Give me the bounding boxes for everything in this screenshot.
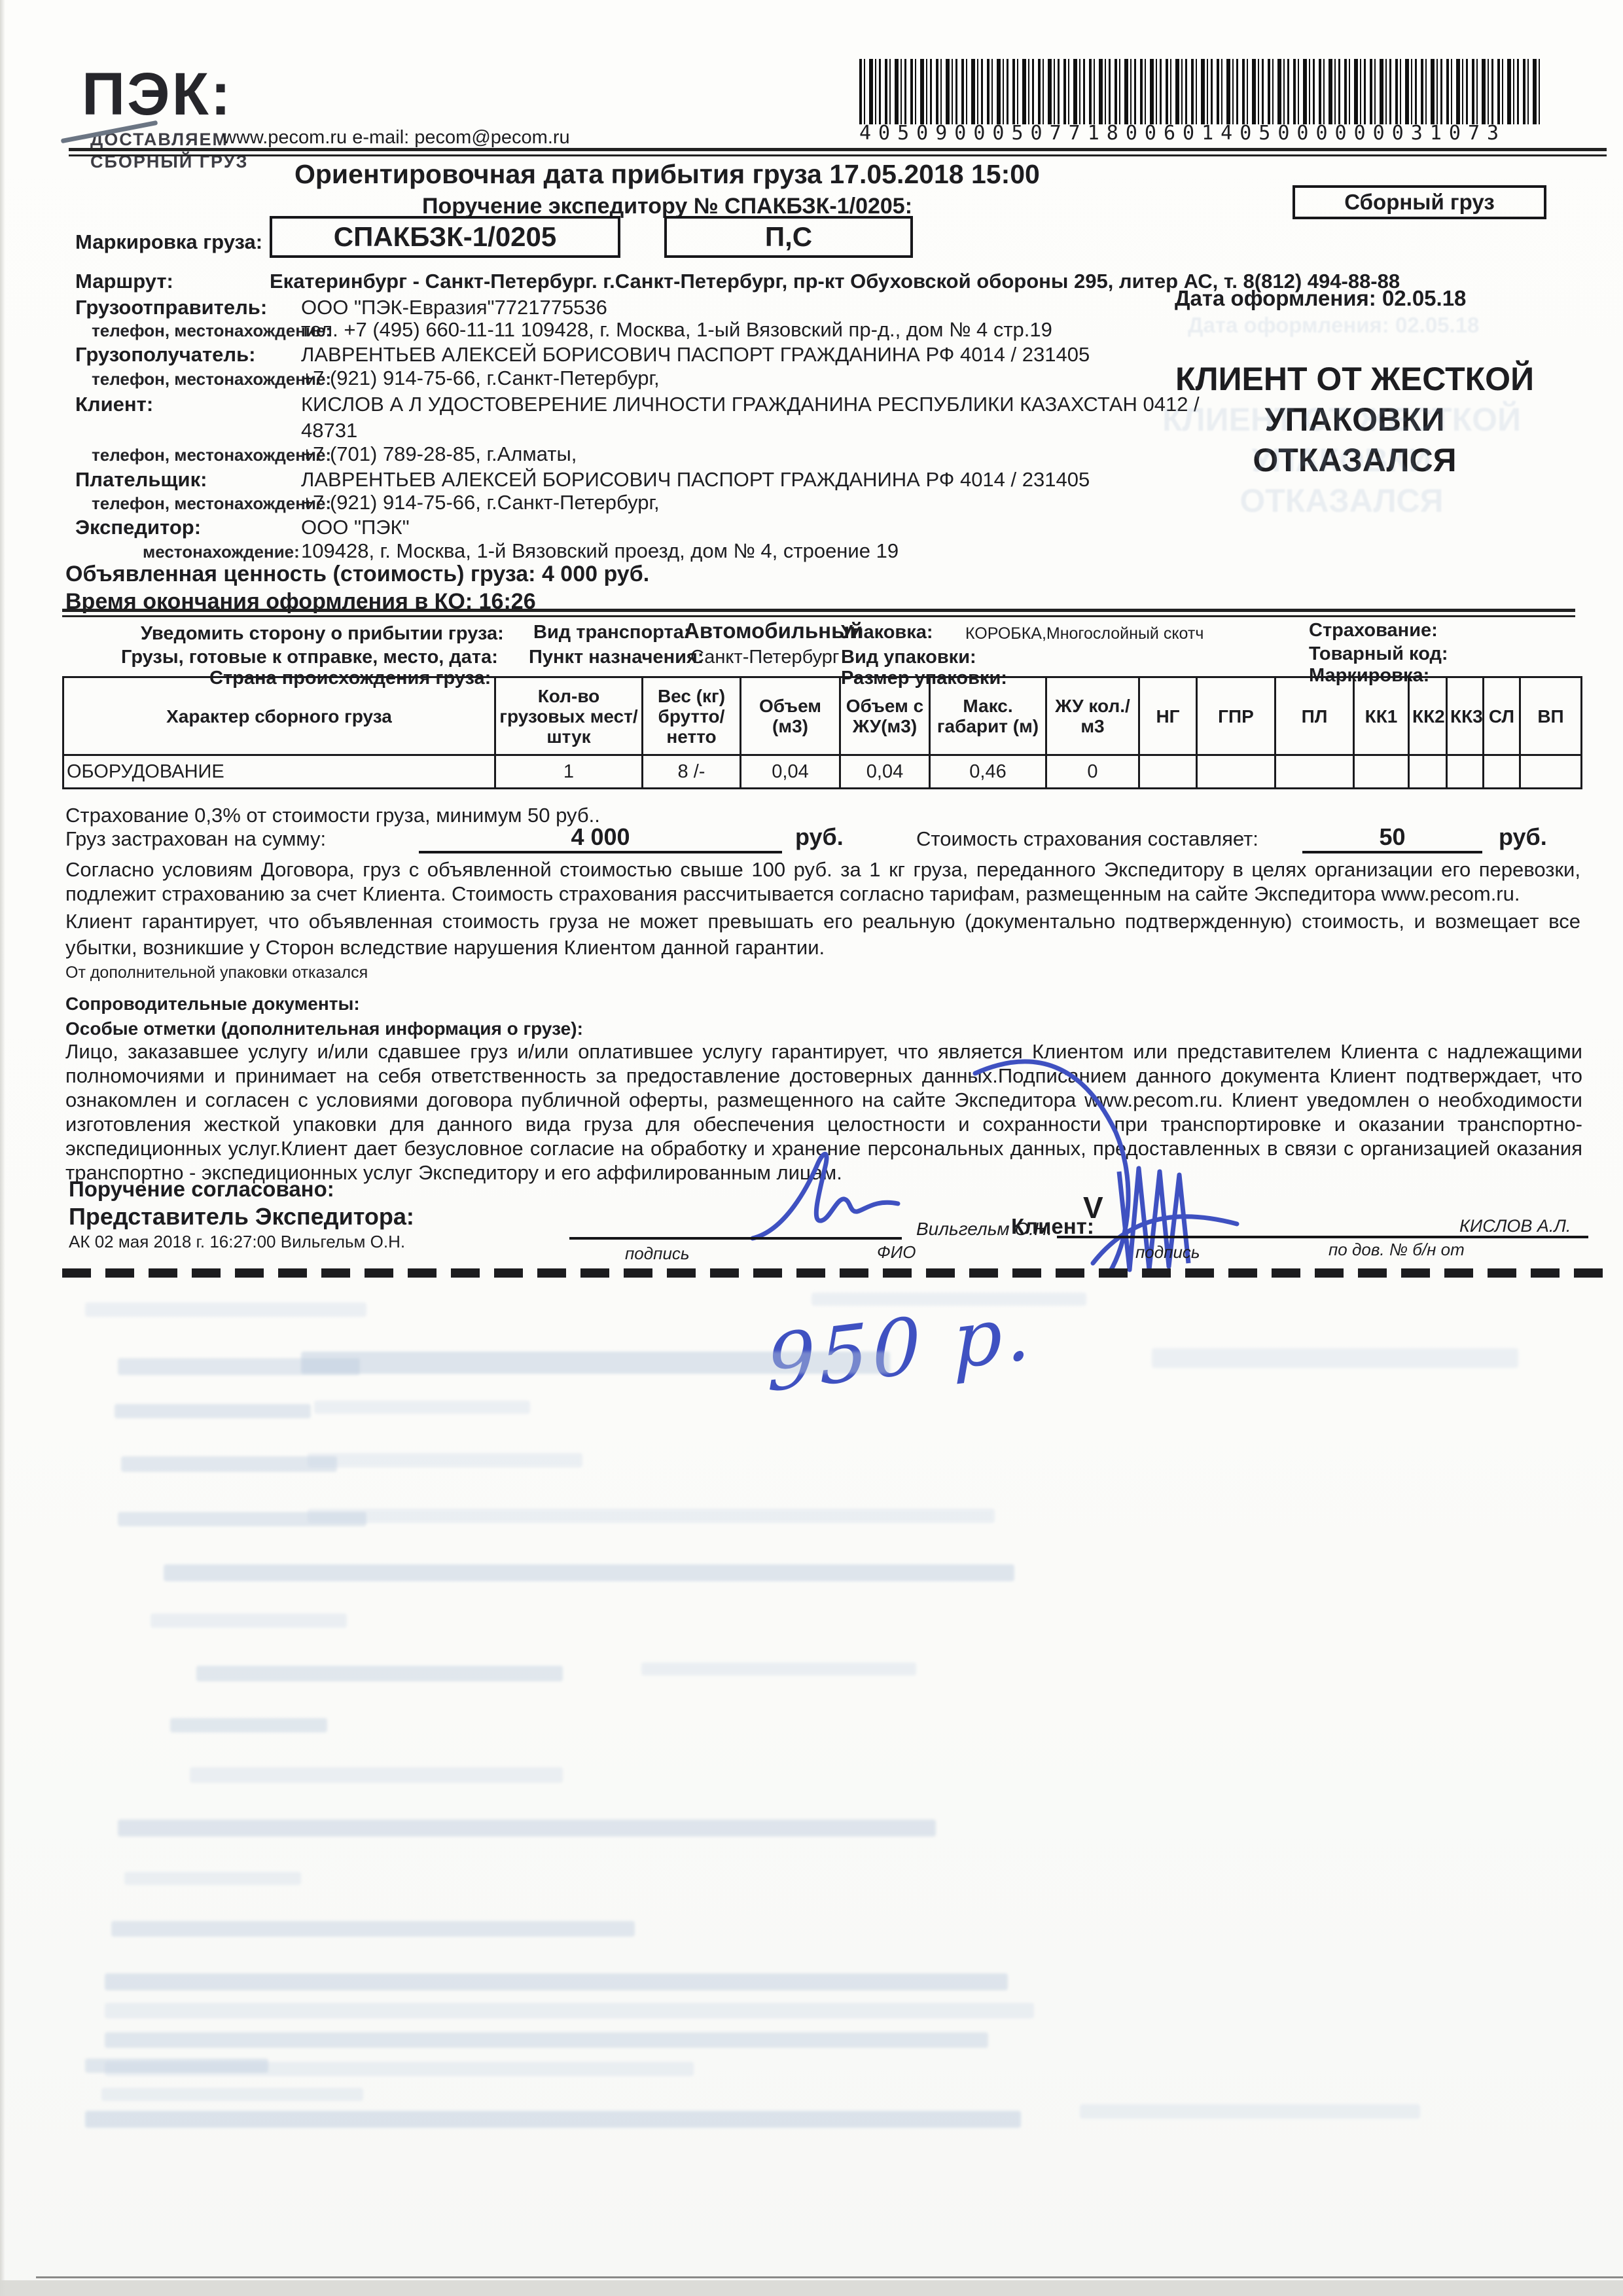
extra-packing-note: От дополнительной упаковки отказался <box>65 963 368 982</box>
transport-label: Вид транспорта: <box>533 622 690 643</box>
col-zhu-qty: ЖУ кол./м3 <box>1046 677 1139 755</box>
cell-weight: 8 /- <box>643 755 741 789</box>
insurance-para1: Согласно условиям Договора, груз с объяв… <box>65 857 1580 906</box>
cell-vp <box>1520 755 1582 789</box>
packing-type-label: Вид упаковки: <box>841 647 976 668</box>
insured-amount-rub: руб. <box>795 823 844 851</box>
cargo-table-header-row: Характер сборного груза Кол-во грузовых … <box>63 677 1582 755</box>
cargo-table: Характер сборного груза Кол-во грузовых … <box>62 676 1582 789</box>
barcode <box>859 59 1541 124</box>
payer-value: ЛАВРЕНТЬЕВ АЛЕКСЕЙ БОРИСОВИЧ ПАСПОРТ ГРА… <box>301 468 1090 492</box>
rep-signature-line <box>569 1237 902 1240</box>
col-kk1: КК1 <box>1354 677 1409 755</box>
payer-phone-value: +7 (921) 914-75-66, г.Санкт-Петербург, <box>301 491 660 514</box>
client-name: КИСЛОВ А.Л. <box>1459 1216 1571 1236</box>
payer-phone-label: телефон, местонахождение: <box>92 493 331 514</box>
client-sign-caption: подпись <box>1135 1242 1200 1263</box>
insurance-cost-underline <box>1302 851 1482 853</box>
shipper-value: ООО "ПЭК-Евразия"7721775536 <box>301 296 607 319</box>
col-volume-zhu: Объем с ЖУ(м3) <box>840 677 930 755</box>
tear-off-dashed-line <box>62 1268 1607 1278</box>
destination-label: Пункт назначения: <box>529 647 704 668</box>
scanned-freight-order-document: ПЭК: ДОСТАВЛЯЕМ СБОРНЫЙ ГРУЗ www.pecom.r… <box>0 0 1623 2296</box>
col-pl: ПЛ <box>1275 677 1354 755</box>
col-max-dim: Макс. габарит (м) <box>930 677 1046 755</box>
pek-logo: ПЭК: <box>82 60 232 129</box>
registration-date-ghost: Дата оформления: 02.05.18 <box>1188 313 1479 338</box>
cell-kk3 <box>1447 755 1484 789</box>
header-divider <box>69 148 1607 156</box>
scan-bottom-margin <box>0 2280 1623 2296</box>
col-weight: Вес (кг) брутто/нетто <box>643 677 741 755</box>
cell-zhu-qty: 0 <box>1046 755 1139 789</box>
consignee-label: Грузополучатель: <box>75 343 255 367</box>
transport-value: Автомобильный <box>684 619 863 643</box>
client-label: Клиент: <box>75 393 153 416</box>
col-sl: СЛ <box>1484 677 1520 755</box>
accompanying-docs-label: Сопроводительные документы: <box>65 994 360 1014</box>
cell-pieces: 1 <box>495 755 643 789</box>
col-cargo-nature: Характер сборного груза <box>63 677 495 755</box>
scan-bottom-edge-line <box>36 2276 1623 2278</box>
insurance-label: Страхование: <box>1309 620 1438 641</box>
destination-value: Санкт-Петербург <box>690 647 839 668</box>
product-code-label: Товарный код: <box>1309 643 1448 665</box>
order-agreed-label: Поручение согласовано: <box>69 1177 334 1202</box>
col-vp: ВП <box>1520 677 1582 755</box>
packing-value: КОРОБКА,Многослойный скотч <box>965 624 1204 643</box>
insurance-para2: Клиент гарантирует, что объявленная стои… <box>65 908 1580 961</box>
cargo-block-top-rule <box>62 609 1575 617</box>
shipper-phone-value: тел. +7 (495) 660-11-11 109428, г. Москв… <box>301 318 1052 342</box>
col-kk2: КК2 <box>1409 677 1447 755</box>
registration-date: Дата оформления: 02.05.18 <box>1175 286 1466 311</box>
notify-label: Уведомить сторону о прибытии груза: <box>141 623 504 645</box>
marking-label: Маркировка груза: <box>75 230 262 254</box>
cell-gpr <box>1197 755 1275 789</box>
no-rigid-packing-line1: КЛИЕНТ ОТ ЖЕСТКОЙ <box>1175 361 1534 397</box>
scan-left-edge-shadow <box>0 0 5 2296</box>
col-kk3: КК3 <box>1447 677 1484 755</box>
client-phone-value: +7 (701) 789-28-85, г.Алматы, <box>301 442 577 466</box>
special-notes-label: Особые отметки (дополнительная информаци… <box>65 1018 583 1039</box>
ready-cargo-label: Грузы, готовые к отправке, место, дата: <box>121 647 498 668</box>
insured-amount-underline <box>419 851 782 853</box>
cell-cargo-nature: ОБОРУДОВАНИЕ <box>63 755 495 789</box>
rep-fio-caption: ФИО <box>877 1242 916 1263</box>
packing-label: Упаковка: <box>841 622 933 643</box>
cell-kk1 <box>1354 755 1409 789</box>
consignee-phone-label: телефон, местонахождение: <box>92 369 331 389</box>
insurance-cost-label: Стоимость страхования составляет: <box>916 827 1258 851</box>
cell-pl <box>1275 755 1354 789</box>
route-label: Маршрут: <box>75 270 173 293</box>
cell-kk2 <box>1409 755 1447 789</box>
rep-signature <box>746 1147 910 1245</box>
insurance-cost-rub: руб. <box>1499 823 1547 851</box>
client-attorney-caption: по дов. № б/н от <box>1329 1240 1465 1260</box>
shipper-label: Грузоотправитель: <box>75 296 267 319</box>
cell-volume: 0,04 <box>741 755 840 789</box>
forwarder-label: Экспедитор: <box>75 516 201 539</box>
contacts-line: www.pecom.ru e-mail: pecom@pecom.ru <box>223 127 570 149</box>
marking-code-box: П,С <box>664 216 913 258</box>
col-ng: НГ <box>1139 677 1197 755</box>
marking-value-box: СПАКБЗК-1/0205 <box>270 216 620 258</box>
insured-amount-value: 4 000 <box>419 823 782 851</box>
client-value-line2: 48731 <box>301 419 357 442</box>
insured-amount-label: Груз застрахован на сумму: <box>65 827 326 851</box>
page-title: Ориентировочная дата прибытия груза 17.0… <box>294 159 1040 190</box>
payer-label: Плательщик: <box>75 468 207 492</box>
no-rigid-packing-ghost: КЛИЕНТ ОТ ЖЕСТКОЙ УПАКОВКИ ОТКАЗАЛСЯ <box>1145 399 1538 521</box>
cell-max-dim: 0,46 <box>930 755 1046 789</box>
col-volume: Объем (м3) <box>741 677 840 755</box>
forwarder-rep-label: Представитель Экспедитора: <box>69 1203 414 1230</box>
client-value-line1: КИСЛОВ А Л УДОСТОВЕРЕНИЕ ЛИЧНОСТИ ГРАЖДА… <box>301 393 1200 416</box>
cargo-table-data-row: ОБОРУДОВАНИЕ 1 8 /- 0,04 0,04 0,46 0 <box>63 755 1582 789</box>
rep-sign-caption: подпись <box>625 1244 690 1264</box>
forwarder-value: ООО "ПЭК" <box>301 516 410 539</box>
declared-value-line: Объявленная ценность (стоимость) груза: … <box>65 562 649 587</box>
barcode-digits: 4050900050771800601405000000031073 <box>859 122 1541 145</box>
insurance-cost-value: 50 <box>1302 823 1482 851</box>
consignee-value: ЛАВРЕНТЬЕВ АЛЕКСЕЙ БОРИСОВИЧ ПАСПОРТ ГРА… <box>301 343 1090 367</box>
cell-volume-zhu: 0,04 <box>840 755 930 789</box>
consignee-phone-value: +7 (921) 914-75-66, г.Санкт-Петербург, <box>301 367 660 390</box>
rep-timestamp: АК 02 мая 2018 г. 16:27:00 Вильгельм О.Н… <box>69 1232 405 1252</box>
client-phone-label: телефон, местонахождение: <box>92 445 331 465</box>
cell-ng <box>1139 755 1197 789</box>
forwarder-address: 109428, г. Москва, 1-й Вязовский проезд,… <box>301 539 899 563</box>
cell-sl <box>1484 755 1520 789</box>
shipper-phone-label: телефон, местонахождение: <box>92 321 331 341</box>
client-signature <box>955 1047 1270 1289</box>
collection-cargo-badge: Сборный груз <box>1293 185 1546 219</box>
col-pieces: Кол-во грузовых мест/штук <box>495 677 643 755</box>
forwarder-loc-label: местонахождение: <box>143 542 300 562</box>
col-gpr: ГПР <box>1197 677 1275 755</box>
